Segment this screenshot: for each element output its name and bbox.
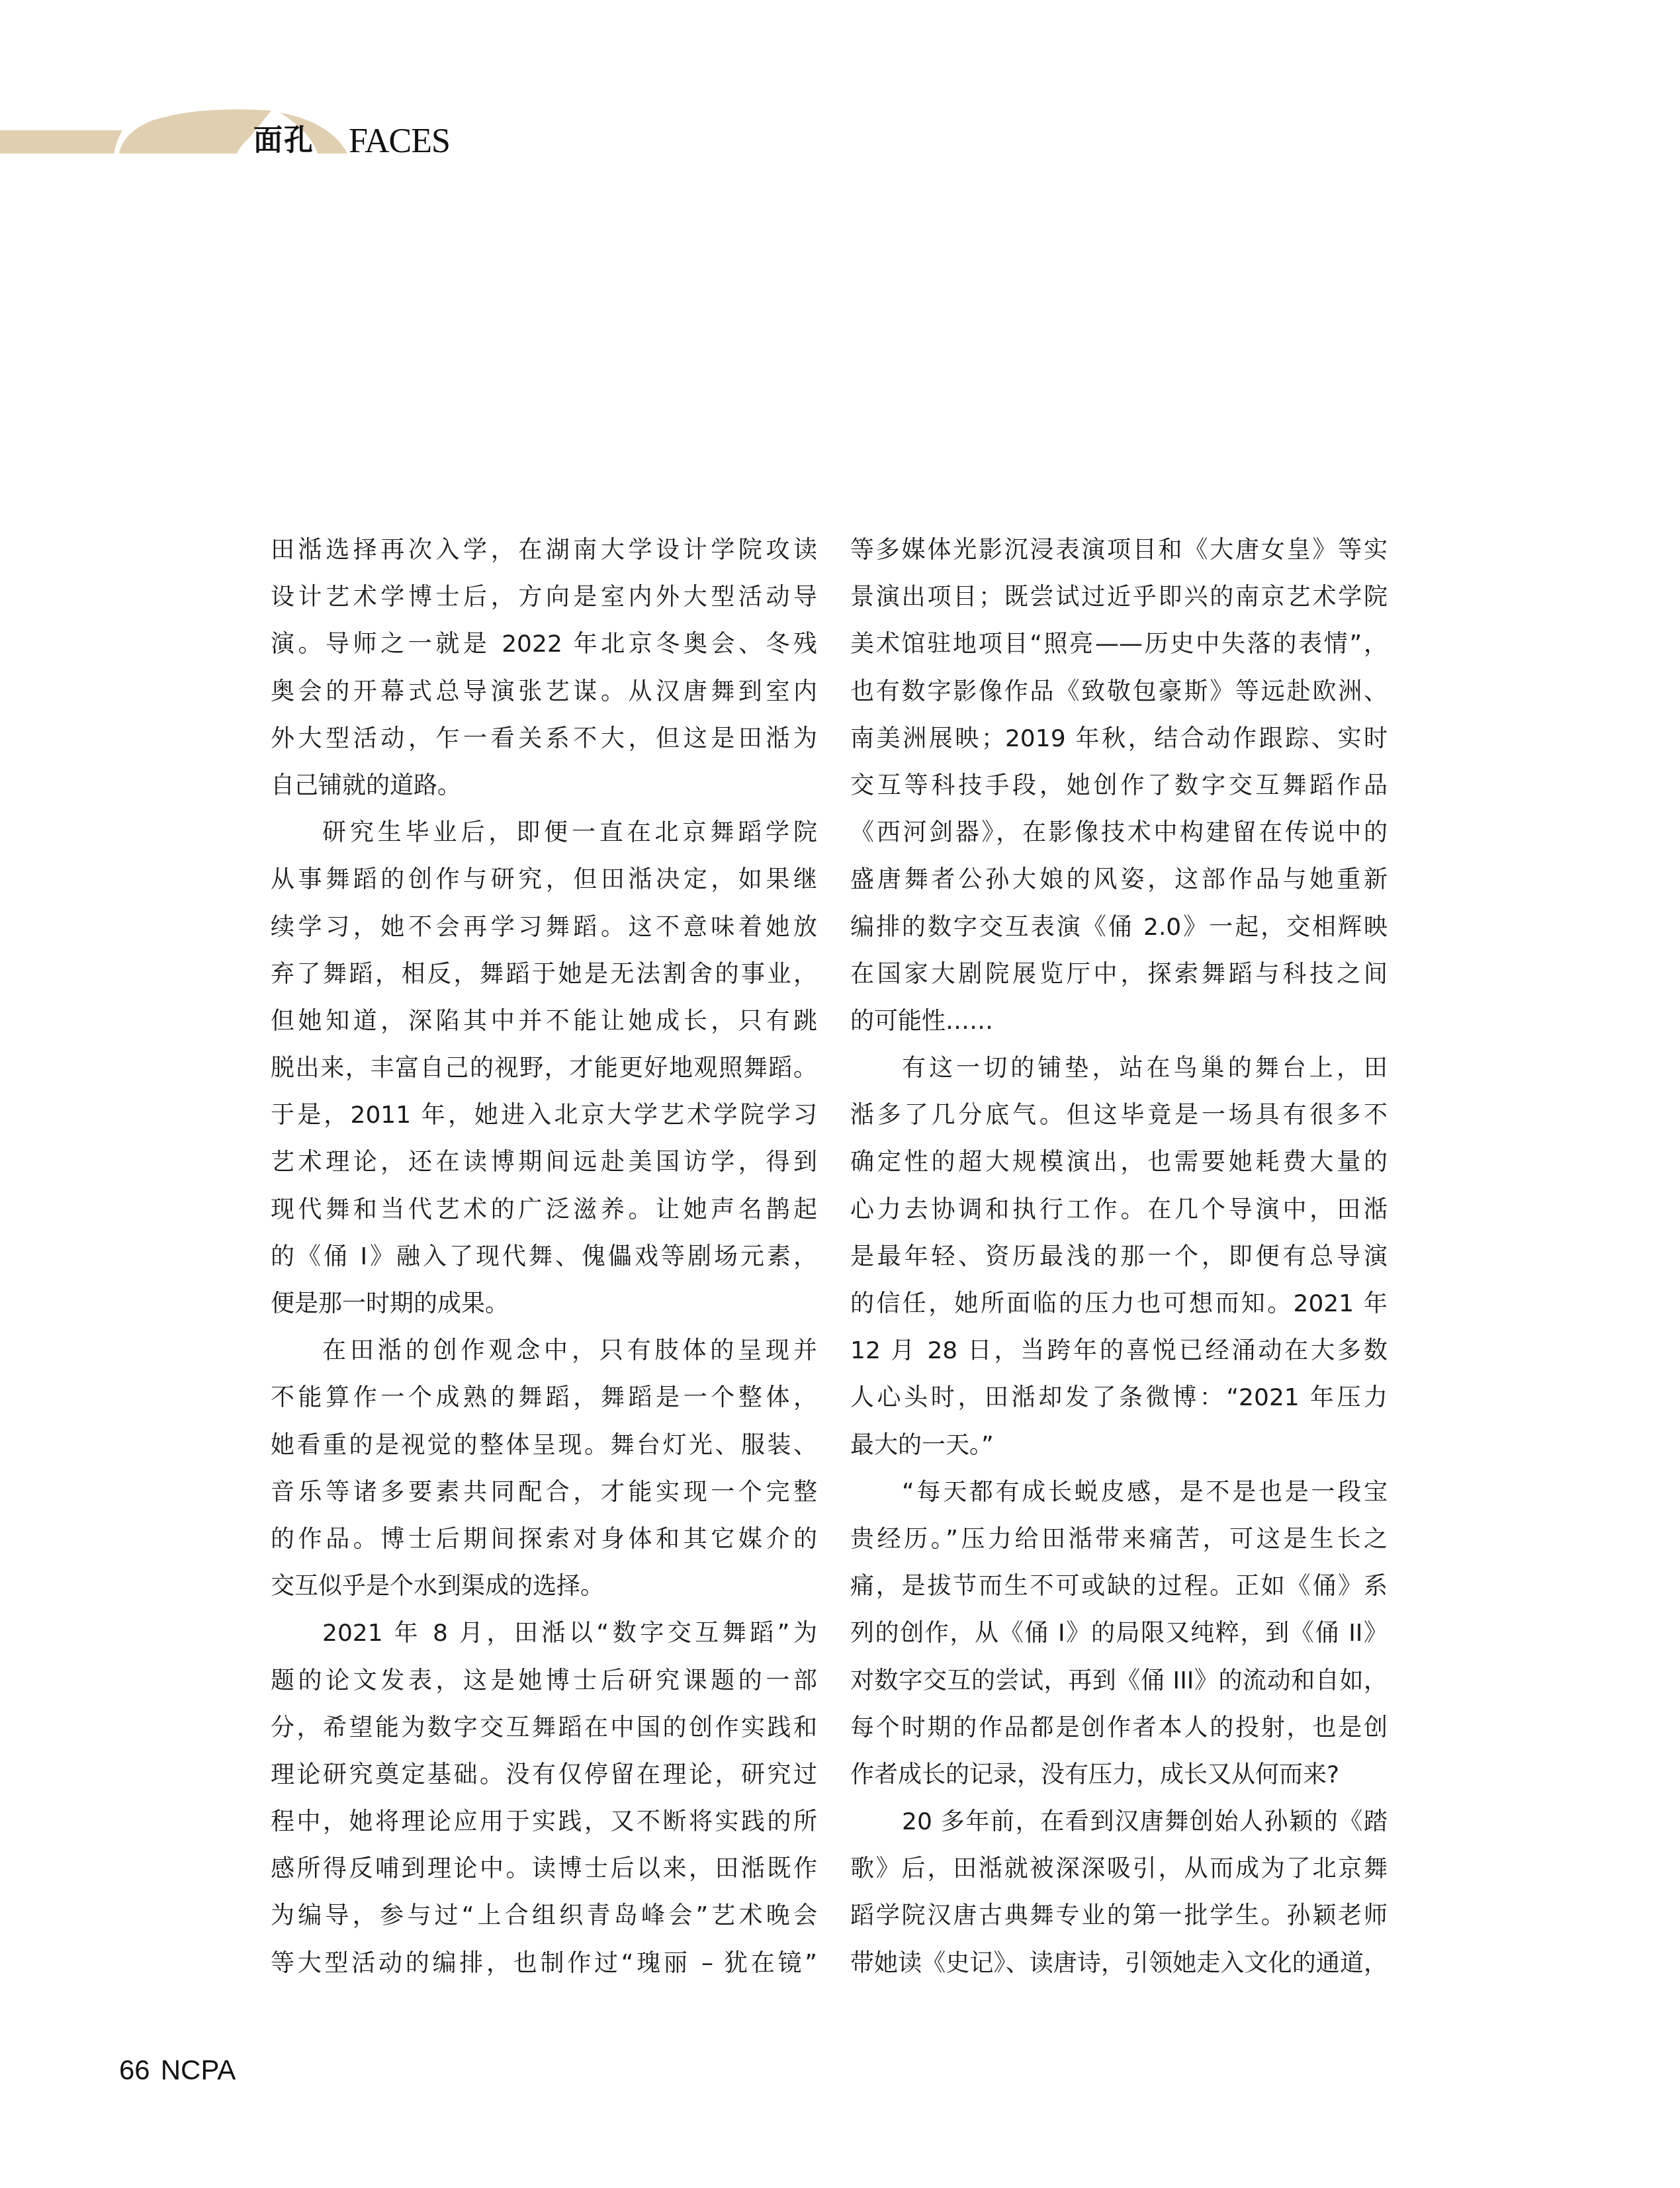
section-title-cn: 面孔 [253, 126, 314, 155]
text-line: 2021 年 8 月，田湉以“数字交互舞蹈”为 [271, 1610, 817, 1657]
text-line: 在田湉的创作观念中，只有肢体的呈现并 [271, 1327, 817, 1374]
text-line: 感所得反哺到理论中。读博士后以来，田湉既作 [271, 1845, 817, 1892]
text-line: 12 月 28 日，当跨年的喜悦已经涌动在大多数 [850, 1327, 1388, 1374]
text-line: 不能算作一个成熟的舞蹈，舞蹈是一个整体， [271, 1374, 817, 1421]
text-line: 交互似乎是个水到渠成的选择。 [271, 1563, 817, 1610]
text-line: 等大型活动的编排，也制作过“瑰丽 – 犹在镜” [271, 1940, 817, 1987]
text-line: 美术馆驻地项目“照亮——历史中失落的表情”， [850, 621, 1388, 668]
text-line: 盛唐舞者公孙大娘的风姿，这部作品与她重新 [850, 856, 1388, 903]
text-line: 带她读《史记》、读唐诗，引领她走入文化的通道， [850, 1940, 1388, 1987]
text-line: 编排的数字交互表演《俑 2.0》一起，交相辉映 [850, 904, 1388, 951]
text-line: 她看重的是视觉的整体呈现。舞台灯光、服装、 [271, 1422, 817, 1469]
text-line: 在国家大剧院展览厅中，探索舞蹈与科技之间 [850, 951, 1388, 998]
text-line: 每个时期的作品都是创作者本人的投射，也是创 [850, 1704, 1388, 1751]
article-paragraph: 有这一切的铺垫，站在鸟巢的舞台上，田湉多了几分底气。但这毕竟是一场具有很多不确定… [850, 1045, 1388, 1469]
text-line: 理论研究奠定基础。没有仅停留在理论，研究过 [271, 1751, 817, 1798]
article-column-right: 等多媒体光影沉浸表演项目和《大唐女皇》等实景演出项目；既尝试过近乎即兴的南京艺术… [850, 527, 1388, 1987]
page-footer: 66NCPA [119, 2056, 236, 2084]
article-paragraph: “每天都有成长蜕皮感，是不是也是一段宝贵经历。”压力给田湉带来痛苦，可这是生长之… [850, 1469, 1388, 1798]
text-line: 但她知道，深陷其中并不能让她成长，只有跳 [271, 998, 817, 1045]
text-line: 续学习，她不会再学习舞蹈。这不意味着她放 [271, 904, 817, 951]
text-line: 现代舞和当代艺术的广泛滋养。让她声名鹊起 [271, 1186, 817, 1233]
text-line: 等多媒体光影沉浸表演项目和《大唐女皇》等实 [850, 527, 1388, 574]
text-line: 南美洲展映；2019 年秋，结合动作跟踪、实时 [850, 715, 1388, 762]
text-line: 湉多了几分底气。但这毕竟是一场具有很多不 [850, 1092, 1388, 1139]
article-paragraph: 研究生毕业后，即便一直在北京舞蹈学院从事舞蹈的创作与研究，但田湉决定，如果继续学… [271, 809, 817, 1327]
article-paragraph: 2021 年 8 月，田湉以“数字交互舞蹈”为题的论文发表，这是她博士后研究课题… [271, 1610, 817, 1987]
text-line: 的作品。博士后期间探索对身体和其它媒介的 [271, 1516, 817, 1563]
text-line: 艺术理论，还在读博期间远赴美国访学，得到 [271, 1139, 817, 1186]
text-line: 的《俑 I》融入了现代舞、傀儡戏等剧场元素， [271, 1233, 817, 1280]
text-line: 是最年轻、资历最浅的那一个，即便有总导演 [850, 1233, 1388, 1280]
text-line: 也有数字影像作品《致敬包豪斯》等远赴欧洲、 [850, 668, 1388, 715]
text-line: 歌》后，田湉就被深深吸引，从而成为了北京舞 [850, 1845, 1388, 1892]
text-line: 确定性的超大规模演出，也需要她耗费大量的 [850, 1139, 1388, 1186]
text-line: 研究生毕业后，即便一直在北京舞蹈学院 [271, 809, 817, 856]
text-line: 外大型活动，乍一看关系不大，但这是田湉为 [271, 715, 817, 762]
text-line: 奥会的开幕式总导演张艺谋。从汉唐舞到室内 [271, 668, 817, 715]
text-line: 的可能性…… [850, 998, 1388, 1045]
text-line: 设计艺术学博士后，方向是室内外大型活动导 [271, 574, 817, 621]
publication-name: NCPA [161, 2054, 236, 2085]
text-line: 《西河剑器》，在影像技术中构建留在传说中的 [850, 809, 1388, 856]
text-line: 于是，2011 年，她进入北京大学艺术学院学习 [271, 1092, 817, 1139]
text-line: 音乐等诸多要素共同配合，才能实现一个完整 [271, 1469, 817, 1516]
text-line: “每天都有成长蜕皮感，是不是也是一段宝 [850, 1469, 1388, 1516]
text-line: 列的创作，从《俑 I》的局限又纯粹，到《俑 II》 [850, 1610, 1388, 1657]
text-line: 程中，她将理论应用于实践，又不断将实践的所 [271, 1798, 817, 1845]
text-line: 从事舞蹈的创作与研究，但田湉决定，如果继 [271, 856, 817, 903]
text-line: 弃了舞蹈，相反，舞蹈于她是无法割舍的事业， [271, 951, 817, 998]
text-line: 贵经历。”压力给田湉带来痛苦，可这是生长之 [850, 1516, 1388, 1563]
text-line: 演。导师之一就是 2022 年北京冬奥会、冬残 [271, 621, 817, 668]
text-line: 心力去协调和执行工作。在几个导演中，田湉 [850, 1186, 1388, 1233]
article-paragraph: 在田湉的创作观念中，只有肢体的呈现并不能算作一个成熟的舞蹈，舞蹈是一个整体，她看… [271, 1327, 817, 1610]
text-line: 交互等科技手段，她创作了数字交互舞蹈作品 [850, 762, 1388, 809]
text-line: 便是那一时期的成果。 [271, 1280, 817, 1327]
text-line: 对数字交互的尝试，再到《俑 III》的流动和自如， [850, 1657, 1388, 1704]
article-paragraph: 20 多年前，在看到汉唐舞创始人孙颖的《踏歌》后，田湉就被深深吸引，从而成为了北… [850, 1798, 1388, 1987]
text-line: 分，希望能为数字交互舞蹈在中国的创作实践和 [271, 1704, 817, 1751]
text-line: 作者成长的记录，没有压力，成长又从何而来? [850, 1751, 1388, 1798]
text-line: 为编导，参与过“上合组织青岛峰会”艺术晚会 [271, 1892, 817, 1939]
text-line: 有这一切的铺垫，站在鸟巢的舞台上，田 [850, 1045, 1388, 1092]
article-paragraph: 等多媒体光影沉浸表演项目和《大唐女皇》等实景演出项目；既尝试过近乎即兴的南京艺术… [850, 527, 1388, 1045]
text-line: 景演出项目；既尝试过近乎即兴的南京艺术学院 [850, 574, 1388, 621]
section-title-en: FACES [349, 124, 450, 159]
text-line: 最大的一天。” [850, 1422, 1388, 1469]
text-line: 题的论文发表，这是她博士后研究课题的一部 [271, 1657, 817, 1704]
page-number: 66 [119, 2054, 150, 2085]
text-line: 人心头时，田湉却发了条微博：“2021 年压力 [850, 1374, 1388, 1421]
text-line: 20 多年前，在看到汉唐舞创始人孙颖的《踏 [850, 1798, 1388, 1845]
text-line: 蹈学院汉唐古典舞专业的第一批学生。孙颖老师 [850, 1892, 1388, 1939]
text-line: 的信任，她所面临的压力也可想而知。2021 年 [850, 1280, 1388, 1327]
section-header: 面孔 FACES [0, 99, 503, 172]
article-column-left: 田湉选择再次入学，在湖南大学设计学院攻读设计艺术学博士后，方向是室内外大型活动导… [271, 527, 817, 1987]
text-line: 脱出来，丰富自己的视野，才能更好地观照舞蹈。 [271, 1045, 817, 1092]
article-paragraph: 田湉选择再次入学，在湖南大学设计学院攻读设计艺术学博士后，方向是室内外大型活动导… [271, 527, 817, 809]
text-line: 自己铺就的道路。 [271, 762, 817, 809]
text-line: 痛，是拔节而生不可或缺的过程。正如《俑》系 [850, 1563, 1388, 1610]
text-line: 田湉选择再次入学，在湖南大学设计学院攻读 [271, 527, 817, 574]
